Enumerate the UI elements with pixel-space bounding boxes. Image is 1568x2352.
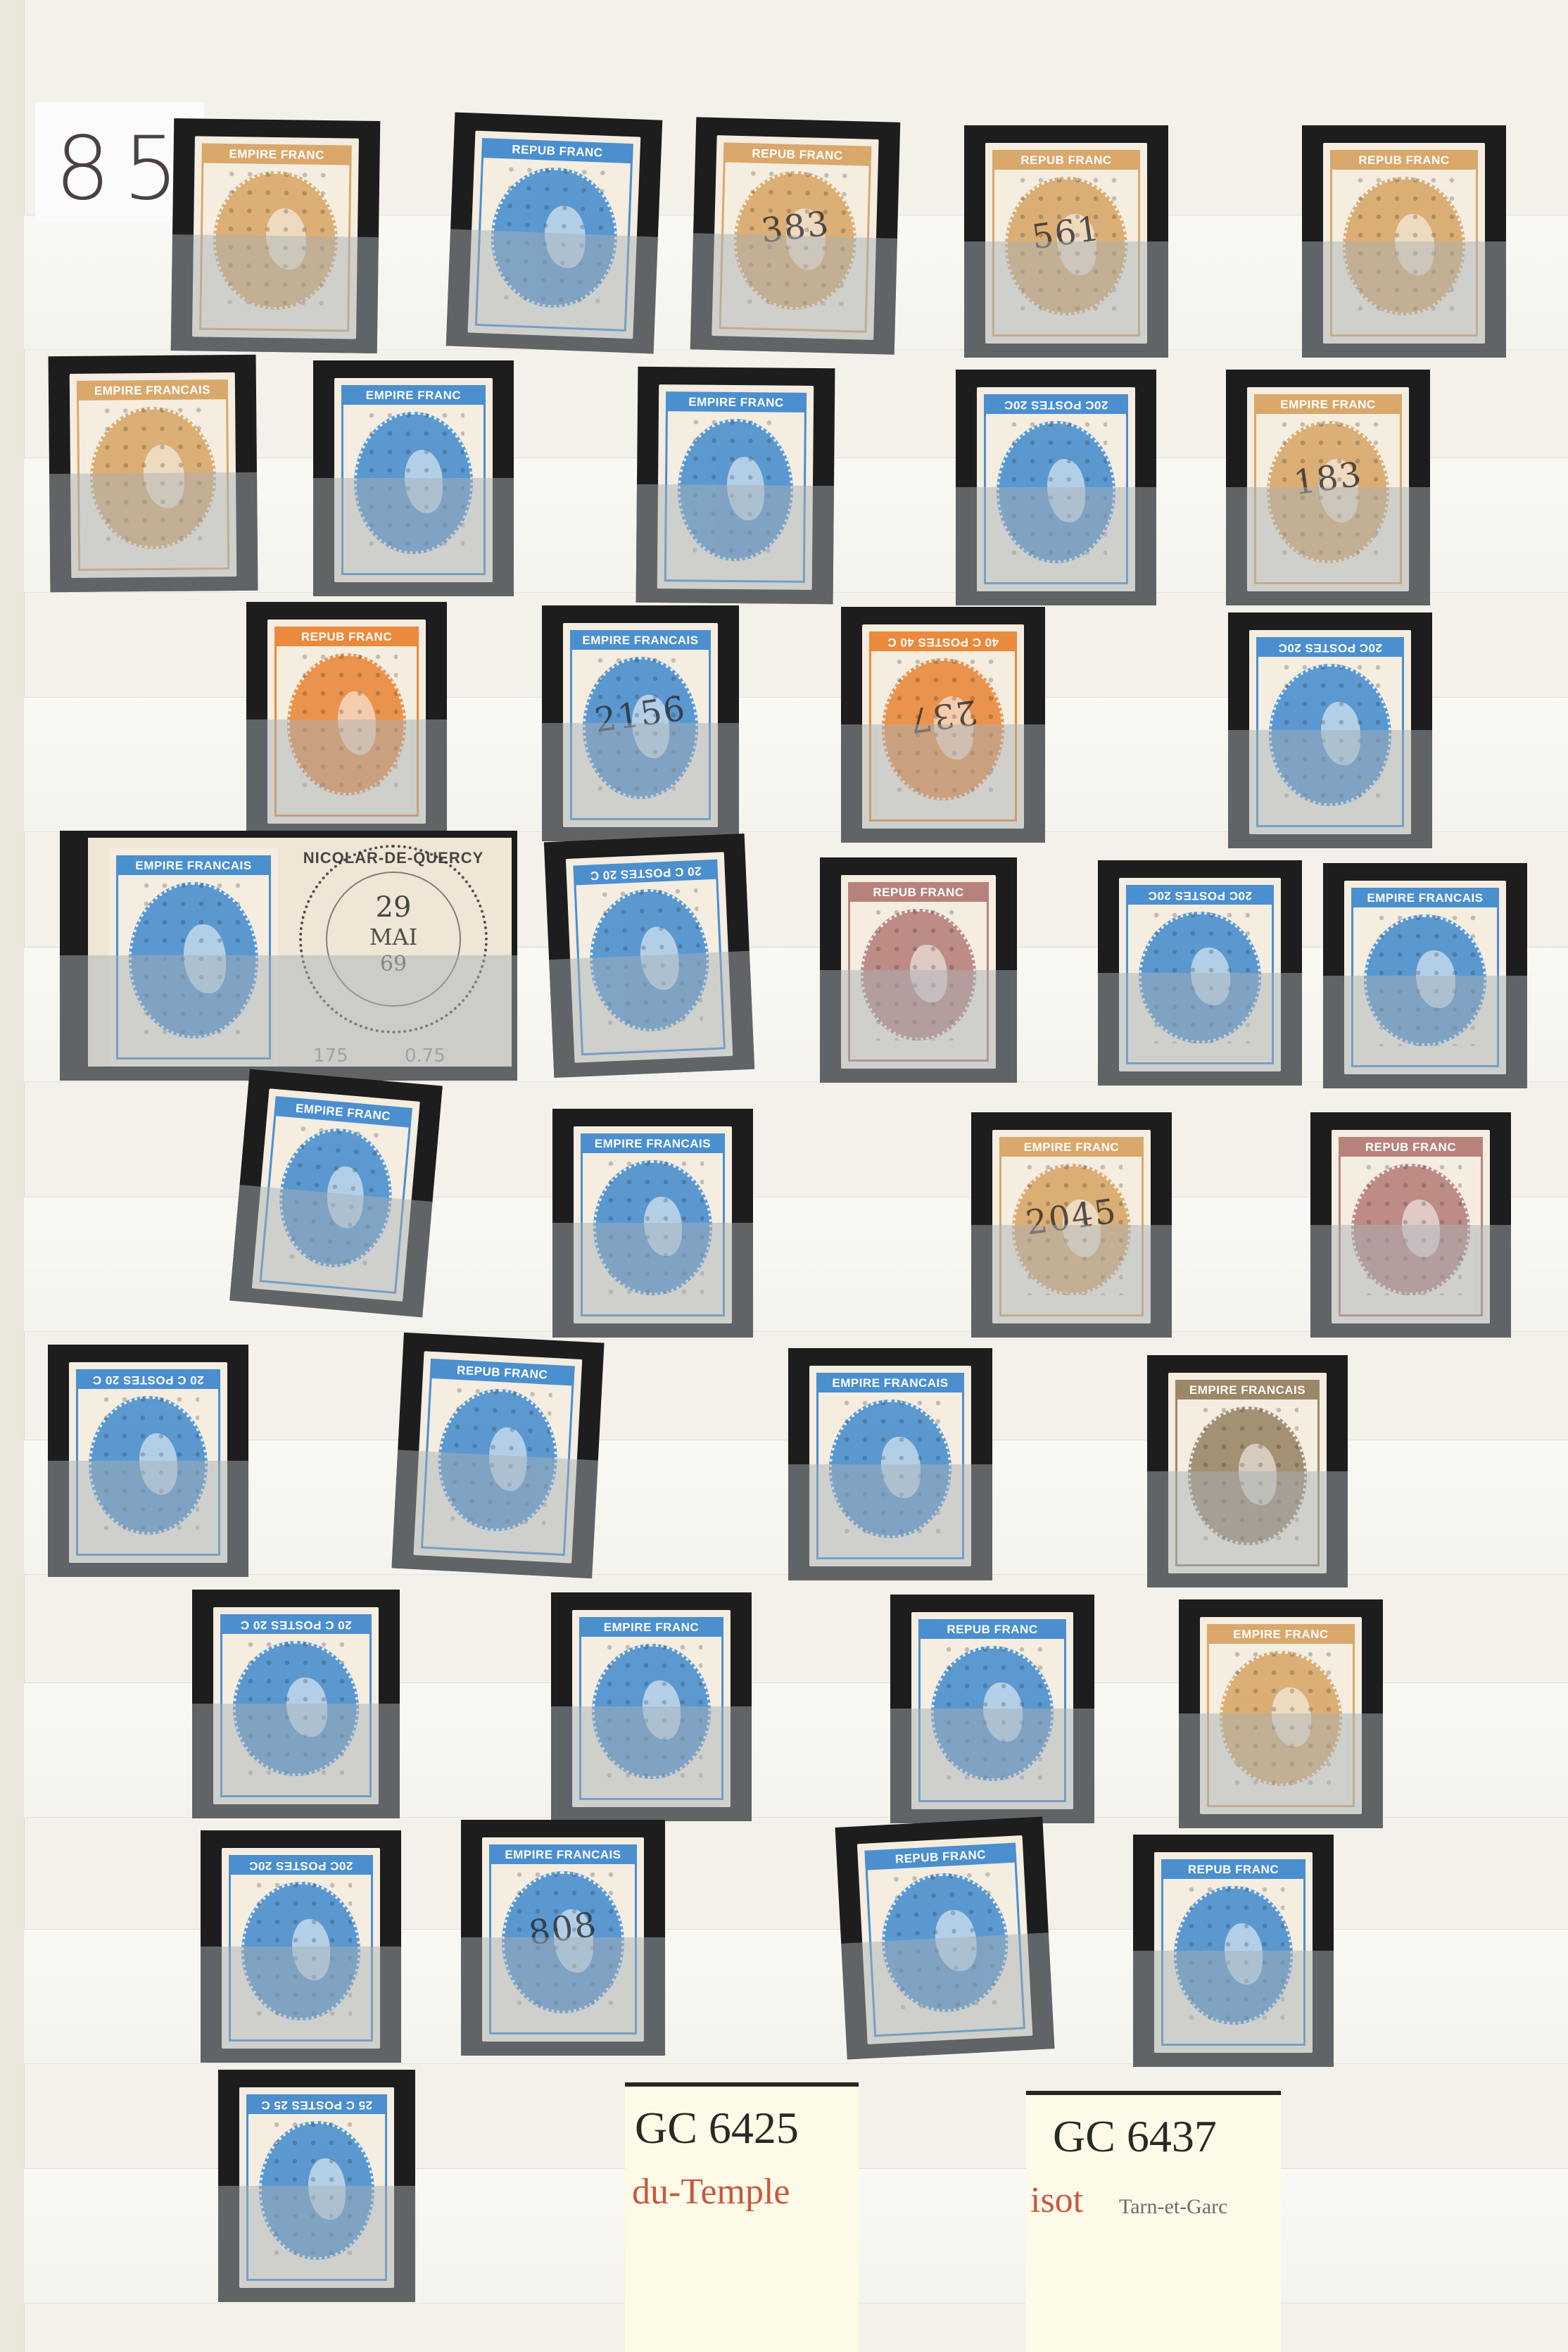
stamp-inscription: REPUB FRANC <box>920 1621 1065 1639</box>
stamp-mount[interactable]: REPUB FRANC <box>890 1595 1094 1823</box>
glassine-sleeve <box>313 478 514 596</box>
stamp-mount[interactable]: REPUB FRANC <box>446 112 663 353</box>
stamp-inscription: REPUB FRANC <box>1163 1861 1304 1879</box>
glassine-sleeve <box>229 1185 432 1317</box>
glassine-sleeve <box>1098 973 1302 1086</box>
stamp-mount[interactable]: EMPIRE FRANCAIS <box>1323 863 1527 1088</box>
glassine-sleeve <box>971 1225 1172 1338</box>
stamp-mount[interactable]: REPUB FRANC <box>820 857 1017 1083</box>
stamp-inscription: EMPIRE FRANC <box>1001 1138 1142 1157</box>
glassine-sleeve <box>1179 1713 1383 1828</box>
stamp-mount[interactable]: 20C POSTES 20C <box>1228 612 1432 848</box>
glassine-sleeve <box>890 1709 1094 1823</box>
glassine-sleeve <box>48 1461 248 1577</box>
glassine-sleeve <box>391 1450 598 1579</box>
stamp-mount[interactable]: EMPIRE FRANC <box>313 360 514 596</box>
glassine-sleeve <box>636 484 834 604</box>
glassine-sleeve <box>60 955 517 1081</box>
stamp-inscription: EMPIRE FRANC <box>343 386 484 405</box>
glassine-sleeve <box>192 1704 400 1818</box>
glassine-sleeve <box>1302 241 1506 358</box>
stamp-mount[interactable]: EMPIRE FRANCAIS <box>552 1109 753 1338</box>
glassine-sleeve <box>964 241 1168 358</box>
stamp-mount[interactable]: EMPIRE FRANC <box>229 1069 443 1318</box>
stamp-inscription: EMPIRE FRANC <box>1256 396 1401 414</box>
stamp-mount[interactable]: REPUB FRANC561 <box>964 125 1168 358</box>
stamp-inscription: 20 C POSTES 20 C <box>77 1371 219 1389</box>
postmark-day: 29 <box>302 891 485 924</box>
stamp-inscription: 20C POSTES 20C <box>1258 639 1403 657</box>
stamp-mount[interactable]: 40 C POSTES 40 C237 <box>841 607 1045 843</box>
stamp-inscription: REPUB FRANC <box>1332 151 1477 170</box>
stamp-mount[interactable]: EMPIRE FRANC <box>551 1592 752 1821</box>
stamp-mount[interactable]: EMPIRE FRANCAISNICOLAR-DE-QUERCY29MAI691… <box>60 831 517 1081</box>
glassine-sleeve <box>1147 1471 1348 1587</box>
gc-number: GC 6437 <box>1053 2111 1217 2163</box>
stamp-inscription: EMPIRE FRANCAIS <box>1353 889 1498 907</box>
stamp-inscription: EMPIRE FRANCAIS <box>78 381 227 401</box>
stamp-inscription: EMPIRE FRANC <box>667 393 805 413</box>
stamp-mount[interactable]: EMPIRE FRANCAIS <box>49 355 258 593</box>
stamp-inscription: 20 C POSTES 20 C <box>222 1616 370 1634</box>
glassine-sleeve <box>820 970 1017 1083</box>
glassine-sleeve <box>171 234 379 353</box>
gc-town: du-Temple <box>632 2171 790 2213</box>
stamp-inscription: 20C POSTES 20C <box>985 396 1127 414</box>
stamp-inscription: REPUB FRANC <box>725 144 871 165</box>
stamp-inscription: REPUB FRANC <box>1340 1138 1481 1157</box>
gc-department: Tarn-et-Garc <box>1119 2195 1227 2219</box>
stamp-inscription: EMPIRE FRANCAIS <box>571 631 709 650</box>
glassine-sleeve <box>49 472 258 593</box>
stamp-inscription: EMPIRE FRANC <box>203 145 350 165</box>
glassine-sleeve <box>956 487 1156 605</box>
stamp-mount[interactable]: 20C POSTES 20C <box>201 1830 401 2063</box>
glassine-sleeve <box>549 951 754 1078</box>
glassine-sleeve <box>690 233 897 355</box>
stamp-inscription: EMPIRE FRANC <box>581 1618 722 1637</box>
glassine-sleeve <box>841 1932 1054 2059</box>
stamp-inscription: EMPIRE FRANC <box>1208 1625 1353 1644</box>
glassine-sleeve <box>201 1947 401 2063</box>
glassine-sleeve <box>551 1706 752 1821</box>
stamp-inscription: 40 C POSTES 40 C <box>871 633 1016 651</box>
page-number: 85 <box>55 118 191 220</box>
stamp-mount[interactable]: EMPIRE FRANC <box>171 118 381 353</box>
glassine-sleeve <box>461 1937 665 2056</box>
stamp-mount[interactable]: 25 C POSTES 25 C <box>218 2070 415 2302</box>
glassine-sleeve <box>1133 1951 1334 2067</box>
postmark-town: NICOLAR-DE-QUERCY <box>302 849 485 867</box>
stamp-mount[interactable]: EMPIRE FRANC <box>1179 1599 1383 1828</box>
stamp-mount[interactable]: REPUB FRANC <box>246 602 447 838</box>
glassine-sleeve <box>1310 1225 1511 1338</box>
stamp-inscription: 20C POSTES 20C <box>230 1856 372 1875</box>
stamp-mount[interactable]: 20C POSTES 20C <box>956 370 1156 605</box>
stamp-mount[interactable]: EMPIRE FRANC <box>636 367 835 604</box>
stamp-inscription: REPUB FRANC <box>849 883 987 902</box>
glassine-sleeve <box>542 723 739 841</box>
stamp-inscription: EMPIRE FRANCAIS <box>118 857 270 875</box>
glassine-sleeve <box>1226 487 1430 605</box>
stamp-inscription: EMPIRE FRANCAIS <box>491 1846 636 1864</box>
stamp-inscription: EMPIRE FRANCAIS <box>1177 1381 1318 1400</box>
stamp-inscription: EMPIRE FRANCAIS <box>582 1135 723 1153</box>
stamp-mount[interactable]: EMPIRE FRANCAIS2156 <box>542 605 739 841</box>
stamp-mount[interactable]: 20 C POSTES 20 C <box>544 834 754 1078</box>
postmark-month: MAI <box>302 924 485 950</box>
stamp-mount[interactable]: 20 C POSTES 20 C <box>192 1590 400 1818</box>
page-binding-edge <box>0 0 25 2352</box>
glassine-sleeve <box>841 724 1045 843</box>
glassine-sleeve <box>1228 730 1432 848</box>
stamp-mount[interactable]: EMPIRE FRANCAIS <box>788 1348 992 1580</box>
gc-label-card[interactable]: GC 6425 du-Temple <box>625 2082 859 2352</box>
stamp-mount[interactable]: REPUB FRANC <box>1310 1112 1511 1338</box>
stamp-inscription: EMPIRE FRANCAIS <box>818 1374 963 1392</box>
glassine-sleeve <box>552 1223 753 1338</box>
stamp-inscription: 25 C POSTES 25 C <box>248 2096 386 2114</box>
stamp-mount[interactable]: EMPIRE FRANCAIS808 <box>461 1820 665 2056</box>
stamp-mount[interactable]: REPUB FRANC <box>1302 125 1506 358</box>
stamp-inscription: REPUB FRANC <box>276 628 417 646</box>
stamp-mount[interactable]: 20 C POSTES 20 C <box>48 1345 248 1577</box>
stamp-inscription: REPUB FRANC <box>994 151 1139 170</box>
glassine-sleeve <box>788 1464 992 1580</box>
stamp-mount[interactable]: EMPIRE FRANC2045 <box>971 1112 1172 1338</box>
gc-label-card[interactable]: GC 6437 isot Tarn-et-Garc <box>1026 2091 1281 2352</box>
glassine-sleeve <box>246 719 447 838</box>
gc-number: GC 6425 <box>635 2102 799 2154</box>
stamp-mount[interactable]: REPUB FRANC <box>1133 1835 1334 2067</box>
stamp-mount[interactable]: EMPIRE FRANCAIS <box>1147 1355 1348 1587</box>
stamp-mount[interactable]: 20C POSTES 20C <box>1098 860 1302 1086</box>
stamp-mount[interactable]: REPUB FRANC <box>835 1817 1055 2060</box>
stamp-mount[interactable]: REPUB FRANC <box>391 1333 604 1578</box>
glassine-sleeve <box>218 2186 415 2302</box>
stamp-mount[interactable]: REPUB FRANC383 <box>690 117 901 354</box>
glassine-sleeve <box>446 229 658 353</box>
gc-town: isot <box>1030 2180 1083 2221</box>
glassine-sleeve <box>1323 976 1527 1088</box>
stamp-inscription: 20C POSTES 20C <box>1127 886 1272 905</box>
stamp-mount[interactable]: EMPIRE FRANC183 <box>1226 370 1430 605</box>
